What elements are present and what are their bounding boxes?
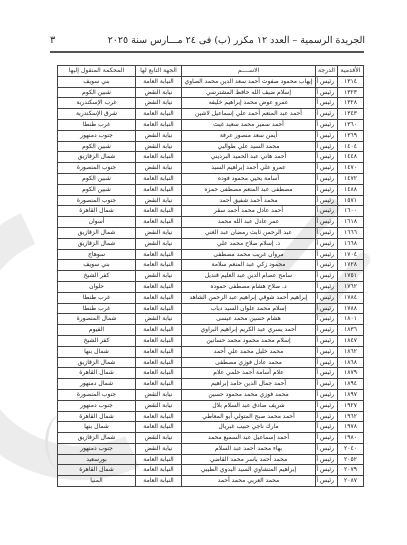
table-row: ١٨٦٢رئيس أمحمد خليل محمد علي أحمدالنيابة… — [58, 346, 364, 357]
column-header-name: الاســــم — [182, 66, 316, 77]
rank-cell: رئيس أ — [316, 260, 338, 271]
seniority-cell: ١٣٦٠ — [338, 119, 364, 130]
rank-cell: رئيس أ — [316, 281, 338, 292]
rank-cell: رئيس أ — [316, 206, 338, 217]
court-cell: شبين الكوم — [58, 184, 136, 195]
name-cell: محمود زكي عبد المنعم سلامة — [182, 260, 316, 271]
name-cell: هشام حسين محمد عيسى — [182, 314, 316, 325]
seniority-cell: ١٨٩٧ — [338, 389, 364, 400]
table-row: ٢٠٥٢رئيس أمحمد أحمد ياسر محمد القاضيالني… — [58, 454, 364, 465]
seniority-cell: ١٨٠١ — [338, 314, 364, 325]
department-cell: النيابة العامة — [136, 368, 182, 379]
court-cell: غرب طنطا — [58, 303, 136, 314]
name-cell: إسلام محمد علوان السيد دياب — [182, 303, 316, 314]
seniority-cell: ١٩٢٧ — [338, 400, 364, 411]
seniority-cell: ١٥٧١ — [338, 195, 364, 206]
name-cell: إيهاب محمود صفوت أحمد سعد الدين محمد الص… — [182, 76, 316, 87]
court-cell: شمال القاهرة — [58, 206, 136, 217]
department-cell: النيابة العامة — [136, 217, 182, 228]
department-cell: النيابة العامة — [136, 325, 182, 336]
seniority-cell: ١٧٨٤ — [338, 292, 364, 303]
rank-cell: رئيس أ — [316, 141, 338, 152]
seniority-cell: ١٦٠٠ — [338, 206, 364, 217]
seniority-cell: ١٦١٨ — [338, 217, 364, 228]
rank-cell: رئيس أ — [316, 476, 338, 487]
rank-cell: رئيس أ — [316, 400, 338, 411]
rank-cell: رئيس أ — [316, 217, 338, 228]
department-cell: نيابة النقض — [136, 314, 182, 325]
court-cell: جنوب المنصورة — [58, 195, 136, 206]
department-cell: النيابة العامة — [136, 206, 182, 217]
name-cell: عبد الرحمن ثابت رمضان عبد الغني — [182, 227, 316, 238]
name-cell: عمرو علي أحمد إبراهيم السيد — [182, 163, 316, 174]
table-row: ١٨٧٩رئيس أعلام أسامة أحمد حلمي علامالنيا… — [58, 368, 364, 379]
department-cell: نيابة النقض — [136, 195, 182, 206]
department-cell: النيابة العامة — [136, 292, 182, 303]
department-cell: النيابة العامة — [136, 454, 182, 465]
court-cell: بورسعيد — [58, 454, 136, 465]
court-cell: كفر الشيخ — [58, 271, 136, 282]
court-cell: شمال الزقازيق — [58, 433, 136, 444]
name-cell: أحمد سمير محمد سعيد غيث — [182, 119, 316, 130]
rank-cell: رئيس أ — [316, 98, 338, 109]
name-cell: عمرو عوض محمد إبراهيم خليفه — [182, 98, 316, 109]
name-cell: محمد العربي محمد أحمد — [182, 476, 316, 487]
table-row: ١٧٦٢رئيس أد. صلاح هشام مصطفى حمودهالنياب… — [58, 281, 364, 292]
rank-cell: رئيس أ — [316, 238, 338, 249]
seniority-cell: ١٦٦٨ — [338, 238, 364, 249]
court-cell: بني سويف — [58, 260, 136, 271]
rank-cell: رئيس أ — [316, 119, 338, 130]
table-header-row: الأقدمية الدرجة الاســــم الجهة التابع ل… — [58, 66, 364, 77]
seniority-cell: ١٨٧٩ — [338, 368, 364, 379]
table-row: ١٣٦٩رئيس أأيمن سعد منصور عرفةنيابة النقض… — [58, 130, 364, 141]
seniority-cell: ١٧٨٨ — [338, 303, 364, 314]
table-row: ٢٠٨٧رئيس أمحمد العربي محمد أحمدالنيابة ا… — [58, 476, 364, 487]
seniority-cell: ٢٠٨٧ — [338, 476, 364, 487]
table-row: ١٦٠٠رئيس أأحمد عادل محمد أحمد سقرالنيابة… — [58, 206, 364, 217]
department-cell: النيابة العامة — [136, 465, 182, 476]
table-body: ١٣١٤رئيس أإيهاب محمود صفوت أحمد سعد الدي… — [58, 76, 364, 486]
table-row: ١٨٤٧رئيس أإسلام محمد محمود محمد حسانينال… — [58, 335, 364, 346]
table-row: ١٤٧٠رئيس أعمرو علي أحمد إبراهيم السيدنيا… — [58, 163, 364, 174]
rank-cell: رئيس أ — [316, 292, 338, 303]
department-cell: النيابة العامة — [136, 281, 182, 292]
department-cell: نيابة النقض — [136, 400, 182, 411]
name-cell: إسلام ضيف الله حافظ المشترسي — [182, 87, 316, 98]
department-cell: النيابة العامة — [136, 422, 182, 433]
rank-cell: رئيس أ — [316, 163, 338, 174]
name-cell: محمد عادل فوزي مصطفى — [182, 357, 316, 368]
department-cell: النيابة العامة — [136, 411, 182, 422]
seniority-cell: ٢٠٥٢ — [338, 454, 364, 465]
name-cell: أحمد جمال الدين حامد إبراهيم — [182, 379, 316, 390]
name-cell: د. صلاح هشام مصطفى حموده — [182, 281, 316, 292]
court-cell: جنوب المنصورة — [58, 389, 136, 400]
column-header-court: المحكمة المنقول إليها — [58, 66, 136, 77]
name-cell: بهاء محمد أحمد عبد السلام — [182, 443, 316, 454]
column-header-rank: الدرجة — [316, 66, 338, 77]
department-cell: نيابة النقض — [136, 130, 182, 141]
table-row: ١٧٠٤رئيس أمروان غريب محمد مصطفىالنيابة ا… — [58, 249, 364, 260]
court-cell: جنوب دمنهور — [58, 400, 136, 411]
name-cell: أيمن سعد منصور عرفة — [182, 130, 316, 141]
seniority-cell: ١٧٥١ — [338, 271, 364, 282]
table-row: ١٦١٨رئيس أعمر عادل عبد الله محمدالنيابة … — [58, 217, 364, 228]
name-cell: محمد أحمد ياسر محمد القاضي — [182, 454, 316, 465]
name-cell: أحمد محمد صبح المتولي أبو المعاطي — [182, 411, 316, 422]
department-cell: النيابة العامة — [136, 173, 182, 184]
column-header-seniority: الأقدمية — [338, 66, 364, 77]
department-cell: النيابة العامة — [136, 184, 182, 195]
table-row: ١٨٩٧رئيس أمحمد فوزي محمد محمود حسيننيابة… — [58, 389, 364, 400]
rank-cell: رئيس أ — [316, 454, 338, 465]
court-cell: شمال دمنهور — [58, 379, 136, 390]
rank-cell: رئيس أ — [316, 314, 338, 325]
seniority-cell: ١٣٤٣ — [338, 109, 364, 120]
name-cell: سامح عصام الدين عبد العليم قنديل — [182, 271, 316, 282]
rank-cell: رئيس أ — [316, 249, 338, 260]
court-cell: شمال بنها — [58, 422, 136, 433]
seniority-cell: ١٤٨٨ — [338, 184, 364, 195]
court-cell: شمال الزقازيق — [58, 357, 136, 368]
court-cell: شبين الكوم — [58, 87, 136, 98]
table-row: ١٣٦٠رئيس أأحمد سمير محمد سعيد غيثالنيابة… — [58, 119, 364, 130]
seniority-cell: ١٤٧٠ — [338, 163, 364, 174]
rank-cell: رئيس أ — [316, 109, 338, 120]
department-cell: نيابة النقض — [136, 433, 182, 444]
table-row: ١٥٧١رئيس أمحمد أحمد شفيق أحمدنيابة النقض… — [58, 195, 364, 206]
court-cell: غرب طنطا — [58, 292, 136, 303]
department-cell: نيابة النقض — [136, 271, 182, 282]
court-cell: المنيا — [58, 476, 136, 487]
department-cell: النيابة العامة — [136, 260, 182, 271]
department-cell: النيابة العامة — [136, 379, 182, 390]
table-row: ٢٠٧٩رئيس أإبراهيم المنشاوي السيد البدوي … — [58, 465, 364, 476]
table-row: ١٣٤٣رئيس أأحمد عبد المنعم أحمد علي إسماع… — [58, 109, 364, 120]
table-row: ١٦٦٨رئيس أد. إسلام صلاح محمد علينيابة ال… — [58, 238, 364, 249]
table-row: ١٤٨٨رئيس أمصطفى عبد المنعم مصطفى حمزهالن… — [58, 184, 364, 195]
name-cell: إسلام محمد محمود محمد حسانين — [182, 335, 316, 346]
seniority-cell: ٢٠٧٩ — [338, 465, 364, 476]
court-cell: جنوب دمنهور — [58, 130, 136, 141]
seniority-cell: ١٣٢٨ — [338, 98, 364, 109]
court-cell: كفر الشيخ — [58, 335, 136, 346]
seniority-cell: ١٧٢٨ — [338, 260, 364, 271]
rank-cell: رئيس أ — [316, 389, 338, 400]
rank-cell: رئيس أ — [316, 227, 338, 238]
department-cell: نيابة النقض — [136, 238, 182, 249]
department-cell: النيابة العامة — [136, 152, 182, 163]
seniority-cell: ١٧٦٢ — [338, 281, 364, 292]
rank-cell: رئيس أ — [316, 433, 338, 444]
name-cell: أحمد هاني عبد الحميد البرديني — [182, 152, 316, 163]
seniority-cell: ١٩٨٠ — [338, 433, 364, 444]
rank-cell: رئيس أ — [316, 422, 338, 433]
table-row: ١٧٨٤رئيس أإبراهيم أحمد شوقي إبراهيم عبد … — [58, 292, 364, 303]
department-cell: النيابة العامة — [136, 109, 182, 120]
rank-cell: رئيس أ — [316, 152, 338, 163]
table-row: ٢٠٤٠رئيس أبهاء محمد أحمد عبد السلامنيابة… — [58, 443, 364, 454]
court-cell: جنوب دمنهور — [58, 443, 136, 454]
department-cell: النيابة العامة — [136, 303, 182, 314]
seniority-cell: ١٨٩٤ — [338, 379, 364, 390]
name-cell: محمد أحمد شفيق أحمد — [182, 195, 316, 206]
department-cell: نيابة النقض — [136, 163, 182, 174]
name-cell: إبراهيم أحمد شوقي إبراهيم عبد الرحمن الش… — [182, 292, 316, 303]
rank-cell: رئيس أ — [316, 76, 338, 87]
table-row: ١٤٧٢رئيس أأسامة يحيي محمود فودهالنيابة ا… — [58, 173, 364, 184]
table-row: ١٤٤٨رئيس أأحمد هاني عبد الحميد البردينيا… — [58, 152, 364, 163]
table-row: ١٩٦٢رئيس أأحمد محمد صبح المتولي أبو المع… — [58, 411, 364, 422]
page-header: الجريدة الرسمية – العدد ١٢ مكرر (ب) فى ٢… — [50, 28, 365, 52]
column-header-department: الجهة التابع لها — [136, 66, 182, 77]
court-cell: حلوان — [58, 281, 136, 292]
name-cell: محمد فوزي محمد محمود حسين — [182, 389, 316, 400]
seniority-cell: ١٨٤٧ — [338, 335, 364, 346]
court-cell: أسوان — [58, 217, 136, 228]
page-number: ٣ — [50, 35, 55, 46]
seniority-cell: ٢٠٤٠ — [338, 443, 364, 454]
court-cell: شمال بنها — [58, 346, 136, 357]
header-divider — [50, 51, 364, 53]
name-cell: شريف صادق عبد السلام بلال — [182, 400, 316, 411]
table-row: ١٨٠١رئيس أهشام حسين محمد عيسىنيابة النقض… — [58, 314, 364, 325]
court-cell: شبين الكوم — [58, 141, 136, 152]
seniority-cell: ١٤٧٢ — [338, 173, 364, 184]
header-title: الجريدة الرسمية – العدد ١٢ مكرر (ب) فى ٢… — [108, 35, 365, 46]
table-row: ١٩٨٠رئيس أأحمد إسماعيل عبد السميع محمدني… — [58, 433, 364, 444]
rank-cell: رئيس أ — [316, 173, 338, 184]
department-cell: نيابة النقض — [136, 443, 182, 454]
department-cell: نيابة النقض — [136, 87, 182, 98]
department-cell: النيابة العامة — [136, 335, 182, 346]
name-cell: مروان غريب محمد مصطفى — [182, 249, 316, 260]
name-cell: إبراهيم المنشاوي السيد البدوي الطيبي — [182, 465, 316, 476]
rank-cell: رئيس أ — [316, 357, 338, 368]
rank-cell: رئيس أ — [316, 325, 338, 336]
table-row: ١٧٥١رئيس أسامح عصام الدين عبد العليم قند… — [58, 271, 364, 282]
department-cell: النيابة العامة — [136, 119, 182, 130]
court-cell: شمال القاهرة — [58, 368, 136, 379]
court-cell: شمال القاهرة — [58, 411, 136, 422]
name-cell: علام أسامة أحمد حلمي علام — [182, 368, 316, 379]
name-cell: أحمد يسري عبد الكريم إبراهيم البراوي — [182, 325, 316, 336]
seniority-cell: ١٩٧٨ — [338, 422, 364, 433]
court-cell: سوهاج — [58, 249, 136, 260]
seniority-cell: ١٣١٤ — [338, 76, 364, 87]
department-cell: نيابة النقض — [136, 141, 182, 152]
court-cell: جنوب المنصورة — [58, 163, 136, 174]
court-cell: غرب طنطا — [58, 119, 136, 130]
seniority-cell: ١٤٤٨ — [338, 152, 364, 163]
rank-cell: رئيس أ — [316, 335, 338, 346]
department-cell: النيابة العامة — [136, 346, 182, 357]
rank-cell: رئيس أ — [316, 465, 338, 476]
court-cell: شبين الكوم — [58, 173, 136, 184]
rank-cell: رئيس أ — [316, 271, 338, 282]
department-cell: النيابة العامة — [136, 249, 182, 260]
seniority-cell: ١٨٦٢ — [338, 346, 364, 357]
seniority-cell: ١٩٦٢ — [338, 411, 364, 422]
department-cell: النيابة العامة — [136, 476, 182, 487]
name-cell: محمد خليل محمد علي أحمد — [182, 346, 316, 357]
rank-cell: رئيس أ — [316, 130, 338, 141]
name-cell: أحمد عبد المنعم أحمد علي إسماعيل لاشين — [182, 109, 316, 120]
name-cell: أحمد إسماعيل عبد السميع محمد — [182, 433, 316, 444]
seniority-cell: ١٦٦٦ — [338, 227, 364, 238]
rank-cell: رئيس أ — [316, 379, 338, 390]
rank-cell: رئيس أ — [316, 303, 338, 314]
rank-cell: رئيس أ — [316, 443, 338, 454]
table-row: ١٣٢٨رئيس أعمرو عوض محمد إبراهيم خليفهنيا… — [58, 98, 364, 109]
rank-cell: رئيس أ — [316, 411, 338, 422]
table-row: ١٨٩٤رئيس أأحمد جمال الدين حامد إبراهيمال… — [58, 379, 364, 390]
transfers-table: الأقدمية الدرجة الاســــم الجهة التابع ل… — [57, 65, 364, 487]
rank-cell: رئيس أ — [316, 87, 338, 98]
name-cell: د. إسلام صلاح محمد علي — [182, 238, 316, 249]
table-row: ١٩٧٨رئيس أمارك ناجي حبيب غبريالالنيابة ا… — [58, 422, 364, 433]
name-cell: مصطفى عبد المنعم مصطفى حمزه — [182, 184, 316, 195]
table-row: ١٣٢٣رئيس أإسلام ضيف الله حافظ المشترسيني… — [58, 87, 364, 98]
department-cell: نيابة النقض — [136, 389, 182, 400]
rank-cell: رئيس أ — [316, 346, 338, 357]
rank-cell: رئيس أ — [316, 195, 338, 206]
seniority-cell: ١٣٢٣ — [338, 87, 364, 98]
court-cell: شمال الزقازيق — [58, 152, 136, 163]
name-cell: أسامة يحيي محمود فوده — [182, 173, 316, 184]
table-row: ١٩٢٧رئيس أشريف صادق عبد السلام بلالنيابة… — [58, 400, 364, 411]
court-cell: شمال المنصورة — [58, 314, 136, 325]
table-row: ١٧٨٨رئيس أإسلام محمد علوان السيد ديابالن… — [58, 303, 364, 314]
table-row: ١٤٠٤رئيس أمحمد السيد علي طوالبينيابة الن… — [58, 141, 364, 152]
seniority-cell: ١٤٠٤ — [338, 141, 364, 152]
rank-cell: رئيس أ — [316, 184, 338, 195]
department-cell: النيابة العامة — [136, 357, 182, 368]
department-cell: نيابة النقض — [136, 98, 182, 109]
court-cell: بني سويف — [58, 76, 136, 87]
court-cell: شمال الزقازيق — [58, 227, 136, 238]
rank-cell: رئيس أ — [316, 368, 338, 379]
seniority-cell: ١٧٠٤ — [338, 249, 364, 260]
department-cell: نيابة النقض — [136, 227, 182, 238]
court-cell: غرب الإسكندرية — [58, 98, 136, 109]
court-cell: شمال القاهرة — [58, 465, 136, 476]
court-cell: شمال الزقازيق — [58, 238, 136, 249]
seniority-cell: ١٨٣٦ — [338, 325, 364, 336]
name-cell: مارك ناجي حبيب غبريال — [182, 422, 316, 433]
court-cell: الفيوم — [58, 325, 136, 336]
court-cell: شرق الإسكندرية — [58, 109, 136, 120]
table-row: ١٨٦٨رئيس أمحمد عادل فوزي مصطفىالنيابة ال… — [58, 357, 364, 368]
table-row: ١٧٢٨رئيس أمحمود زكي عبد المنعم سلامةالني… — [58, 260, 364, 271]
seniority-cell: ١٨٦٨ — [338, 357, 364, 368]
table-row: ١٣١٤رئيس أإيهاب محمود صفوت أحمد سعد الدي… — [58, 76, 364, 87]
name-cell: أحمد عادل محمد أحمد سقر — [182, 206, 316, 217]
name-cell: محمد السيد علي طوالبي — [182, 141, 316, 152]
table-row: ١٨٣٦رئيس أأحمد يسري عبد الكريم إبراهيم ا… — [58, 325, 364, 336]
name-cell: عمر عادل عبد الله محمد — [182, 217, 316, 228]
table-row: ١٦٦٦رئيس أعبد الرحمن ثابت رمضان عبد الغن… — [58, 227, 364, 238]
department-cell: النيابة العامة — [136, 76, 182, 87]
seniority-cell: ١٣٦٩ — [338, 130, 364, 141]
